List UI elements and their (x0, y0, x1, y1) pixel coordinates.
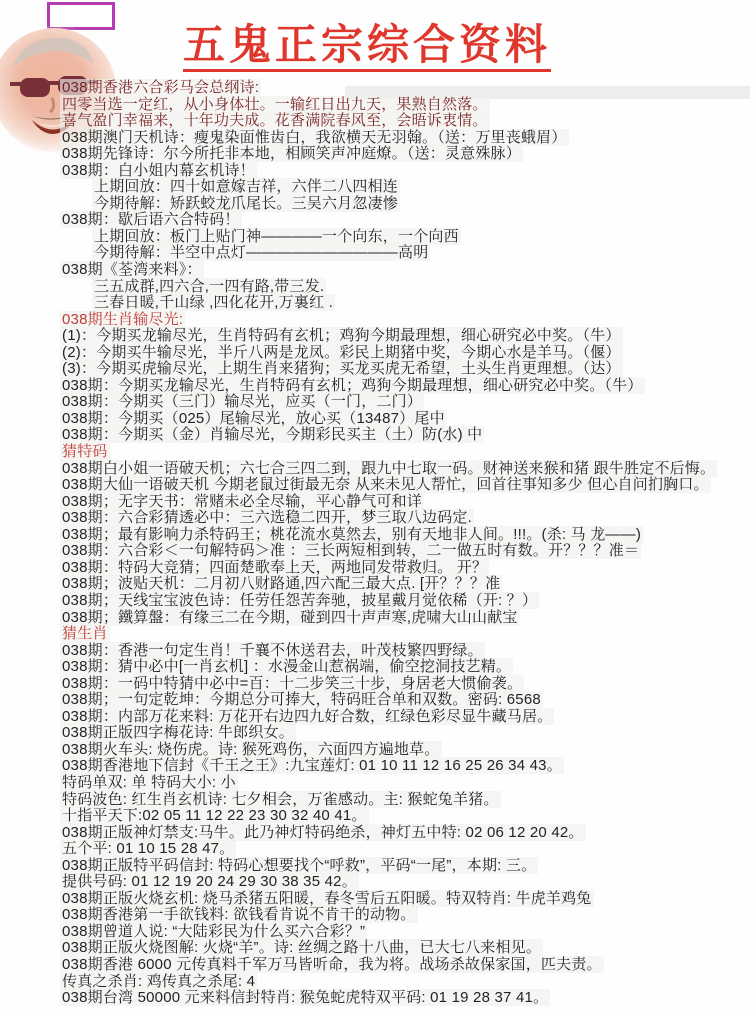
text-line: 038期；天线宝宝波色诗：任劳任怨苦奔驰，披星戴月觉依稀（开: ？） (0, 593, 756, 610)
text-line: 038期：猜中必中[一肖玄机] ：水漫金山惹祸端，偷空挖洞技艺精。 (0, 659, 756, 676)
text-line: (2)：今期买牛输尽光，半斤八两是龙凤。彩民上期猪中奖，今期心水是羊马。（偃） (0, 345, 756, 362)
text-line: 038期：今期买（金）肖输尽光，今期彩民买主（土）防(水) 中 (0, 427, 756, 444)
text-line: 038期香港六合彩马会总纲诗: (0, 80, 756, 97)
text-line: 猜特码 (0, 444, 756, 461)
text-line: 038期火车头: 烧伤虎。诗: 猴死鸡伤，六面四方遍地草。 (0, 742, 756, 759)
text-line: 038期；无字天书：常赌未必全尽输，平心静气可和详 (0, 494, 756, 511)
text-line: 今期待解：半空中点灯——————————高明 (0, 245, 756, 262)
text-line: 三春日暖,千山绿 ,四化花开,万裏红 . (0, 295, 756, 312)
text-line: 038期；一句定乾坤：今期总分可捧大，特码旺合单和双数。密码: 6568 (0, 692, 756, 709)
text-line: 038期曾道人说: “大陆彩民为什么买六合彩？” (0, 924, 756, 941)
text-line: 提供号码: 01 12 19 20 24 29 30 38 35 42。 (0, 874, 756, 891)
text-line: 038期《荃湾来料》： (0, 262, 756, 279)
text-line: 今期待解：矫跃蛟龙爪尾长。三吴六月忽凄惨 (0, 196, 756, 213)
text-line: 猜生肖 (0, 626, 756, 643)
tip-sheet-page: 五鬼正宗综合资料 038期香港六合彩马会总纲诗:四零当选一定红，从小身体壮。一输… (0, 0, 756, 1012)
text-line: 038期正版四字梅花诗: 牛郎织女。 (0, 725, 756, 742)
text-line: 三五成群,四六合,一四有路,带三发. (0, 279, 756, 296)
text-line: 038期：六合彩＜一句解特码＞准 ：三长两短相到转，二一做五时有数。开？？？准＝ (0, 543, 756, 560)
text-line: 038期正版神灯禁支:马牛。此乃神灯特码绝杀，神灯五中特: 02 06 12 2… (0, 825, 756, 842)
text-line: 038期：特码大竞猜；四面楚歌奉上天，两地同发带救归。 开？ (0, 560, 756, 577)
text-line: 四零当选一定红，从小身体壮。一输红日出九天，果熟自然落。 (0, 97, 756, 114)
content-lines: 038期香港六合彩马会总纲诗:四零当选一定红，从小身体壮。一输红日出九天，果熟自… (0, 80, 756, 1007)
text-line: 038期：香港一句定生肖！千襄不休送君去，叶茂枝繁四野绿。 (0, 643, 756, 660)
text-line: 038期：今期买（025）尾输尽光，放心买（13487）尾中 (0, 411, 756, 428)
text-line: 038期香港第一手欲钱料: 欲钱看肯说不肯干的动物。 (0, 907, 756, 924)
text-line: 038期：内部万花来料: 万花开右边四九好合数，红绿色彩尽显牛藏马居。 (0, 709, 756, 726)
text-line: 上期回放：四十如意嫁吉祥，六伴二八四相连 (0, 179, 756, 196)
text-line: 特码单双: 单 特码大小: 小 (0, 775, 756, 792)
text-line: 038期正版火烧图解: 火烧“羊”。诗: 丝绸之路十八曲，已大七八来相见。 (0, 940, 756, 957)
text-line: 038期；最有影响力杀特码王；桃花流水莫然去，别有天地非人间。!!!。(杀: 马… (0, 527, 756, 544)
text-line: 038期：一码中特猜中必中=百：十二步笑三十步，身居老大惯偷袭。 (0, 676, 756, 693)
text-line: 038期先锋诗：尔今所托非本地，相顾笑声冲庭燎。（送：灵意殊脉） (0, 146, 756, 163)
text-line: 038期；鐵算盤：有缘三二在今期，碰到四十声声寒,虎啸大山山献宝 (0, 610, 756, 627)
text-line: 038期正版特平码信封: 特码心想要找个“呼救”，平码“一尾”，本期: 三。 (0, 858, 756, 875)
text-line: 038期：今期买（三门）输尽光，应买（一门，二门） (0, 394, 756, 411)
text-line: 038期生肖输尽光: (0, 312, 756, 329)
text-line: 038期：今期买龙输尽光，生肖特码有玄机；鸡狗今期最理想，细心研究必中奖。（牛） (0, 378, 756, 395)
text-line: (1)：今期买龙输尽光，生肖特码有玄机；鸡狗今期最理想，细心研究必中奖。（牛） (0, 328, 756, 345)
text-line: 喜气盈门幸福来，十年功夫成。花香满院春风至，会晤诉衷情。 (0, 113, 756, 130)
text-line: 038期香港地下信封《千王之王》:九宝莲灯: 01 10 11 12 16 25… (0, 758, 756, 775)
text-line: 上期回放：板门上贴门神————一个向东，一个向西 (0, 229, 756, 246)
text-line: 038期台湾 50000 元来料信封特肖: 猴兔蛇虎特双平码: 01 19 28… (0, 990, 756, 1007)
text-line: (3)：今期买虎输尽光，上期生肖来猪狗；买龙买虎无希望，土头生肖更理想。（达） (0, 361, 756, 378)
text-line: 038期正版火烧玄机: 烧马杀猪五阳暖，春冬雪后五阳暖。特双特肖: 牛虎羊鸡兔 (0, 891, 756, 908)
text-line: 特码波色: 红生肖玄机诗: 七夕相会，万雀感动。主: 猴蛇兔羊猪。 (0, 792, 756, 809)
page-title: 五鬼正宗综合资料 (183, 22, 551, 72)
text-line: 038期白小姐一语破天机；六七合三四二到，跟九中七取一码。财神送来猴和猪 跟牛胜… (0, 461, 756, 478)
text-line: 五个平: 01 10 15 28 47。 (0, 841, 756, 858)
text-line: 038期：六合彩猜透必中：三六选稳二四开，梦三取八边码定. (0, 510, 756, 527)
text-line: 038期香港 6000 元传真料千军万马皆听命，我为将。战场杀故保家国，匹夫责。 (0, 957, 756, 974)
text-line: 传真之杀肖: 鸡传真之杀尾: 4 (0, 974, 756, 991)
text-line: 038期：白小姐内幕玄机诗！ (0, 163, 756, 180)
text-line: 038期：歇后语六合特码！ (0, 212, 756, 229)
text-line: 十指平天下:02 05 11 12 22 23 30 32 40 41。 (0, 808, 756, 825)
text-line: 038期大仙一语破天机 今期老鼠过街最无奈 从来未见人帮忙，回首往事知多少 但心… (0, 477, 756, 494)
text-line: 038期澳门天机诗：瘦鬼染面惟齿白，我欲横天无羽翰。（送：万里丧蛾眉） (0, 130, 756, 147)
text-line: 038期；波贴天机：二月初八财路通,四六配三最大点. [开？？？准 (0, 576, 756, 593)
